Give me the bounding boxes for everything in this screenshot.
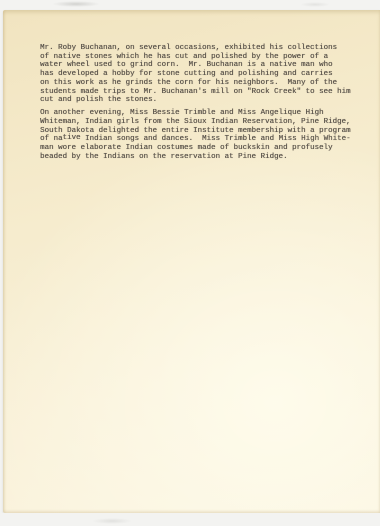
document-page: Mr. Roby Buchanan, on several occasions,… (3, 10, 380, 513)
scanned-document: { "scan": { "background_color": "#f3f3f1… (0, 0, 380, 526)
scan-artifact (52, 1, 100, 7)
paragraph: Mr. Roby Buchanan, on several occasions,… (40, 44, 351, 105)
paragraph: On another evening, Miss Bessie Trimble … (40, 109, 351, 161)
type-segment: of na (40, 135, 63, 143)
scan-artifact (300, 2, 330, 7)
scanner-background-top (0, 0, 380, 10)
type-segment: Indian songs and dances. Miss Trimble an… (81, 135, 351, 143)
document-text: Mr. Roby Buchanan, on several occasions,… (40, 44, 351, 166)
scan-artifact (92, 518, 132, 524)
raised-type-segment: tive (63, 134, 81, 142)
scanner-background-bottom (0, 513, 380, 526)
